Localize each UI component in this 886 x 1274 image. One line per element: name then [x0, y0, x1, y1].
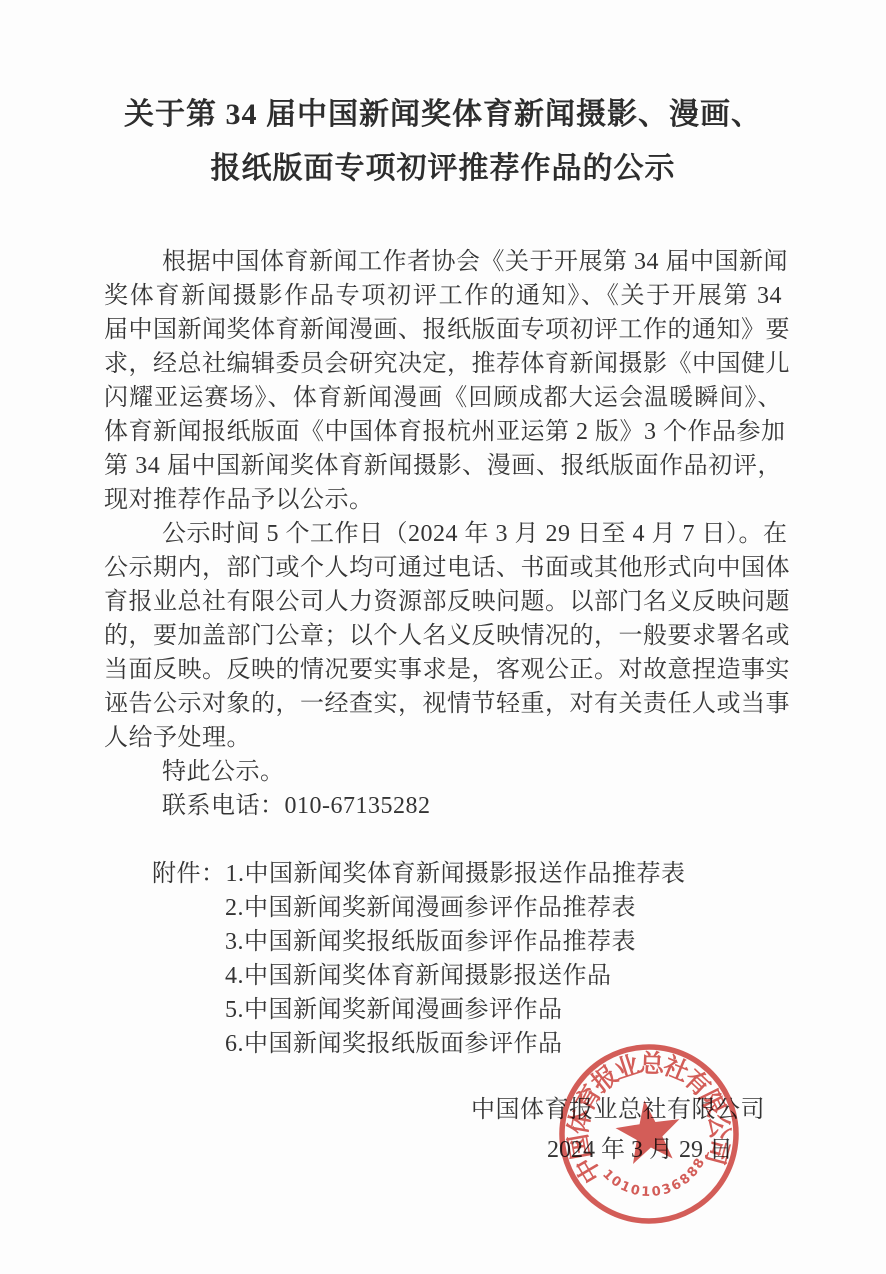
title-line-2: 报纸版面专项初评推荐作品的公示 [0, 142, 886, 196]
attachment-item: 3.中国新闻奖报纸版面参评作品推荐表 [152, 925, 782, 959]
paragraph-2-line: 诬告公示对象的，一经查实，视情节轻重，对有关责任人或当事 [104, 687, 782, 721]
paragraph-1-line: 闪耀亚运赛场》、体育新闻漫画《回顾成都大运会温暖瞬间》、 [104, 381, 782, 415]
paragraph-2-line: 公示时间 5 个工作日（2024 年 3 月 29 日至 4 月 7 日）。在 [104, 517, 782, 551]
paragraph-1-line: 第 34 届中国新闻奖体育新闻摄影、漫画、报纸版面作品初评， [104, 449, 782, 483]
paragraph-1-line: 求，经总社编辑委员会研究决定，推荐体育新闻摄影《中国健儿 [104, 347, 782, 381]
paragraph-2-line: 的，要加盖部门公章；以个人名义反映情况的，一般要求署名或 [104, 619, 782, 653]
paragraph-2-line: 公示期内，部门或个人均可通过电话、书面或其他形式向中国体 [104, 551, 782, 585]
document-page: 关于第 34 届中国新闻奖体育新闻摄影、漫画、 报纸版面专项初评推荐作品的公示 … [0, 0, 886, 1274]
contact-phone: 联系电话：010-67135282 [104, 789, 782, 823]
attachment-list: 附件：1.中国新闻奖体育新闻摄影报送作品推荐表 2.中国新闻奖新闻漫画参评作品推… [152, 857, 782, 1061]
attachment-item: 附件：1.中国新闻奖体育新闻摄影报送作品推荐表 [152, 857, 782, 891]
closing-line: 特此公示。 [104, 755, 782, 789]
attachment-item: 6.中国新闻奖报纸版面参评作品 [152, 1027, 782, 1061]
attachment-item-text: 1.中国新闻奖体育新闻摄影报送作品推荐表 [226, 861, 686, 887]
attachment-label: 附件： [152, 861, 226, 887]
paragraph-1-line: 体育新闻报纸版面《中国体育报杭州亚运第 2 版》3 个作品参加 [104, 415, 782, 449]
document-title: 关于第 34 届中国新闻奖体育新闻摄影、漫画、 报纸版面专项初评推荐作品的公示 [0, 88, 886, 196]
paragraph-1-line: 根据中国体育新闻工作者协会《关于开展第 34 届中国新闻 [104, 245, 782, 279]
attachment-item: 4.中国新闻奖体育新闻摄影报送作品 [152, 959, 782, 993]
attachment-item: 2.中国新闻奖新闻漫画参评作品推荐表 [152, 891, 782, 925]
paragraph-1-line: 届中国新闻奖体育新闻漫画、报纸版面专项初评工作的通知》要 [104, 313, 782, 347]
document-body: 根据中国体育新闻工作者协会《关于开展第 34 届中国新闻 奖体育新闻摄影作品专项… [104, 245, 782, 1061]
paragraph-2-line: 人给予处理。 [104, 721, 782, 755]
attachment-item: 5.中国新闻奖新闻漫画参评作品 [152, 993, 782, 1027]
signature-date: 2024 年 3 月 29 日 [547, 1134, 733, 1166]
paragraph-1-line: 现对推荐作品予以公示。 [104, 483, 782, 517]
paragraph-1-line: 奖体育新闻摄影作品专项初评工作的通知》、《关于开展第 34 [104, 279, 782, 313]
title-line-1: 关于第 34 届中国新闻奖体育新闻摄影、漫画、 [0, 88, 886, 142]
paragraph-2-line: 育报业总社有限公司人力资源部反映问题。以部门名义反映问题 [104, 585, 782, 619]
signature-company: 中国体育报业总社有限公司 [471, 1094, 765, 1126]
paragraph-2-line: 当面反映。反映的情况要实事求是，客观公正。对故意捏造事实 [104, 653, 782, 687]
